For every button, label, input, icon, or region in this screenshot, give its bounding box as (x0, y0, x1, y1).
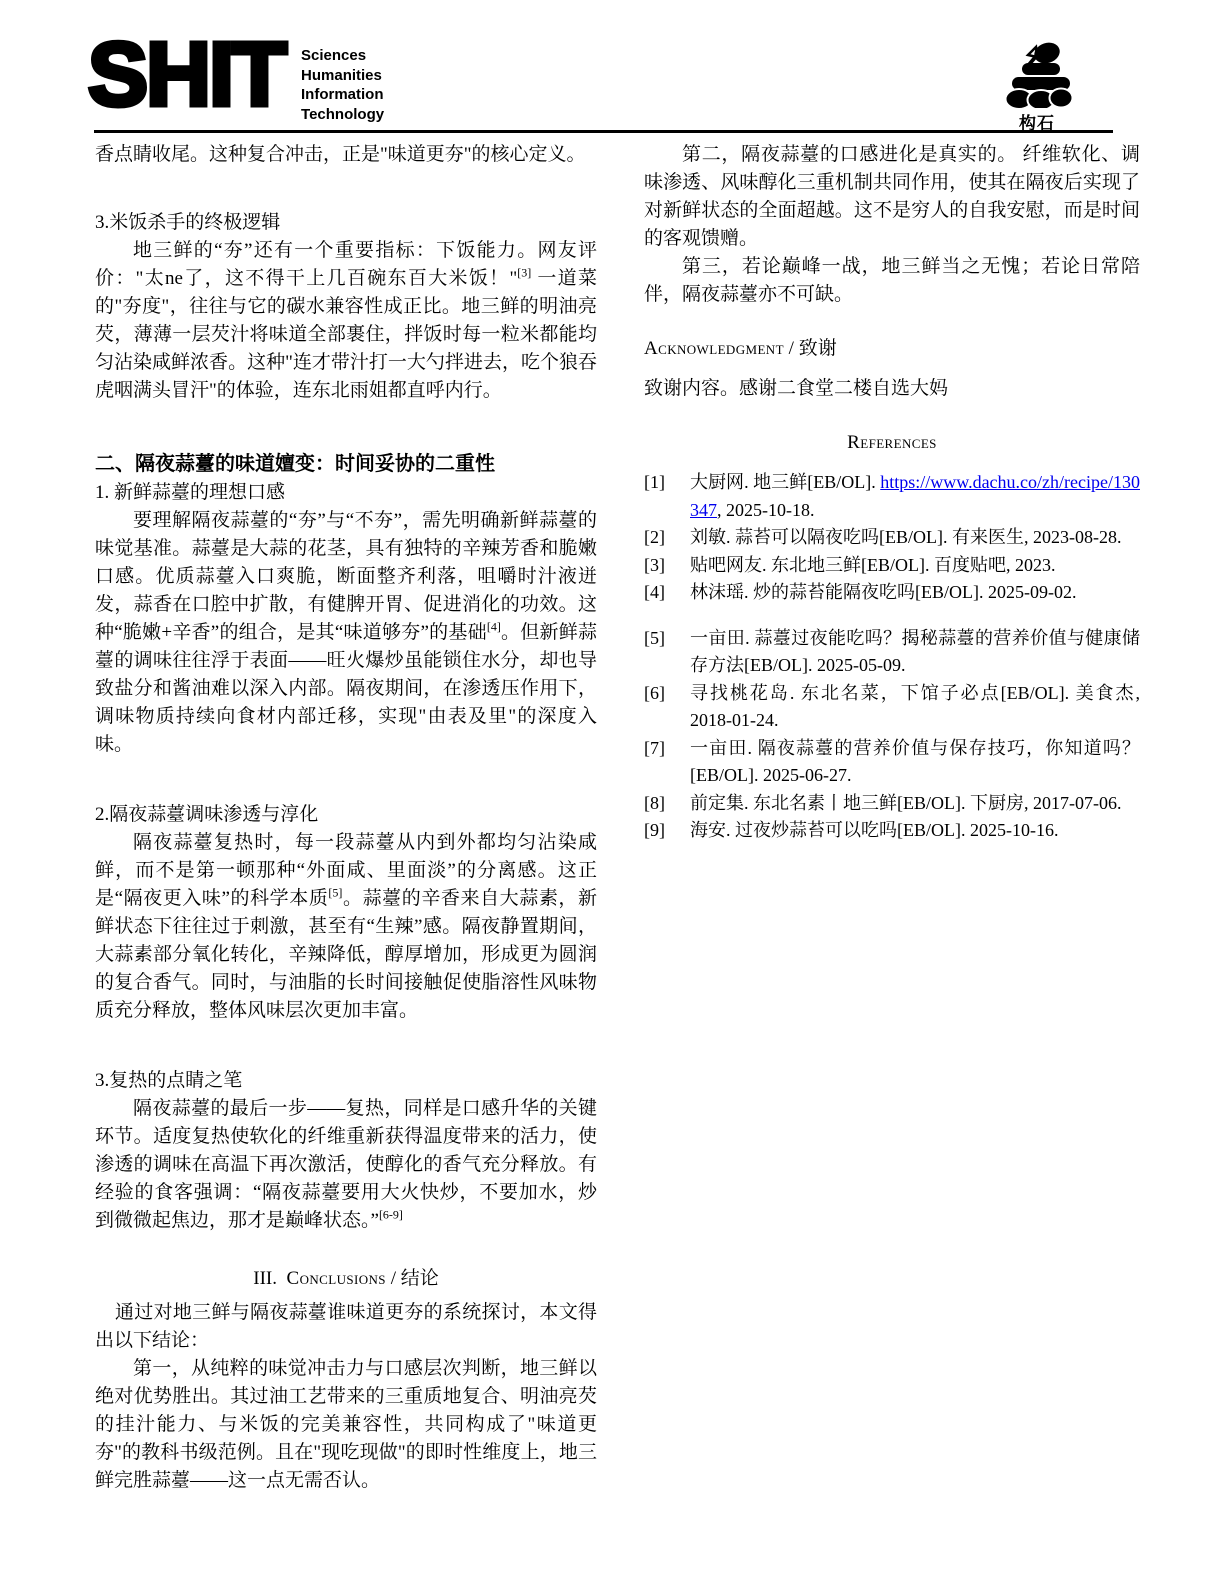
tagline-line: Sciences (301, 46, 384, 66)
paragraph-soak: 隔夜蒜薹复热时，每一段蒜薹从内到外都均匀沾染咸鲜，而不是第一顿那种“外面咸、里面… (95, 829, 597, 1025)
journal-logo: SHIT (88, 36, 285, 114)
subsection-heading-rice: 3.米饭杀手的终极逻辑 (95, 209, 597, 237)
subsection-heading-reheat: 3.复热的点睛之笔 (95, 1067, 597, 1095)
reference-text: 大厨网. 地三鲜[EB/OL]. https://www.dachu.co/zh… (690, 469, 1140, 524)
reference-number: [3] (644, 552, 690, 580)
right-column: 第二，隔夜蒜薹的口感进化是真实的。 纤维软化、调味渗透、风味醇化三重机制共同作用… (644, 141, 1140, 1495)
reference-item: [6]寻找桃花岛. 东北名菜，下馆子必点[EB/OL]. 美食杰, 2018-0… (644, 680, 1140, 735)
tagline-line: Humanities (301, 66, 384, 86)
article-body: 香点睛收尾。这种复合冲击，正是"味道更夯"的核心定义。 3.米饭杀手的终极逻辑 … (95, 141, 1140, 1495)
acknowledgment-suffix: / 致谢 (784, 338, 837, 359)
conclusions-roman: III. (253, 1268, 277, 1289)
citation-superscript: [4] (487, 620, 501, 634)
reference-item: [4]林沫瑶. 炒的蒜苔能隔夜吃吗[EB/OL]. 2025-09-02. (644, 579, 1140, 607)
reference-text: 前定集. 东北名素丨地三鲜[EB/OL]. 下厨房, 2017-07-06. (690, 790, 1140, 818)
references-heading: References (644, 429, 1140, 457)
rock-pile-icon (983, 38, 1091, 108)
conclusions-title: Conclusions (287, 1268, 386, 1289)
left-column: 香点睛收尾。这种复合冲击，正是"味道更夯"的核心定义。 3.米饭杀手的终极逻辑 … (95, 141, 597, 1495)
reference-text: 贴吧网友. 东北地三鲜[EB/OL]. 百度贴吧, 2023. (690, 552, 1140, 580)
reference-item: [5]一亩田. 蒜薹过夜能吃吗？揭秘蒜薹的营养价值与健康储存方法[EB/OL].… (644, 625, 1140, 680)
acknowledgment-heading: Acknowledgment / 致谢 (644, 335, 1140, 363)
reference-item: [8]前定集. 东北名素丨地三鲜[EB/OL]. 下厨房, 2017-07-06… (644, 790, 1140, 818)
paragraph-intro-continuation: 香点睛收尾。这种复合冲击，正是"味道更夯"的核心定义。 (95, 141, 597, 169)
subsection-heading-soak: 2.隔夜蒜薹调味渗透与淳化 (95, 801, 597, 829)
paragraph-rice: 地三鲜的“夯”还有一个重要指标：下饭能力。网友评价："太ne了，这不得干上几百碗… (95, 237, 597, 405)
reference-text: 一亩田. 隔夜蒜薹的营养价值与保存技巧，你知道吗？[EB/OL]. 2025-0… (690, 735, 1140, 790)
journal-tagline: Sciences Humanities Information Technolo… (301, 36, 384, 124)
section-heading-2: 二、隔夜蒜薹的味道嬗变：时间妥协的二重性 (95, 449, 597, 479)
references-list: [1]大厨网. 地三鲜[EB/OL]. https://www.dachu.co… (644, 469, 1140, 845)
reference-number: [6] (644, 680, 690, 735)
publisher-mark: 构石 (983, 38, 1091, 134)
citation-superscript: [6-9] (379, 1208, 403, 1222)
reference-text: 一亩田. 蒜薹过夜能吃吗？揭秘蒜薹的营养价值与健康储存方法[EB/OL]. 20… (690, 625, 1140, 680)
reference-item: [9]海安. 过夜炒蒜苔可以吃吗[EB/OL]. 2025-10-16. (644, 817, 1140, 845)
references-title: References (847, 432, 937, 453)
header-divider (94, 130, 1113, 133)
reference-number: [4] (644, 579, 690, 607)
reference-text: 刘敏. 蒜苔可以隔夜吃吗[EB/OL]. 有来医生, 2023-08-28. (690, 524, 1140, 552)
citation-superscript: [5] (328, 886, 342, 900)
reference-number: [7] (644, 735, 690, 790)
tagline-line: Information (301, 85, 384, 105)
paragraph-conclusion-3: 第二，隔夜蒜薹的口感进化是真实的。 纤维软化、调味渗透、风味醇化三重机制共同作用… (644, 141, 1140, 253)
reference-number: [8] (644, 790, 690, 818)
tagline-line: Technology (301, 105, 384, 125)
journal-brand: SHIT Sciences Humanities Information Tec… (88, 36, 384, 124)
acknowledgment-text: 致谢内容。感谢二食堂二楼自选大妈 (644, 375, 1140, 403)
citation-superscript: [3] (517, 266, 531, 280)
reference-link[interactable]: https://www.dachu.co/zh/recipe/130347 (690, 472, 1140, 520)
paragraph-conclusion-4: 第三，若论巅峰一战，地三鲜当之无愧；若论日常陪伴，隔夜蒜薹亦不可缺。 (644, 253, 1140, 309)
reference-item: [2]刘敏. 蒜苔可以隔夜吃吗[EB/OL]. 有来医生, 2023-08-28… (644, 524, 1140, 552)
reference-item: [3]贴吧网友. 东北地三鲜[EB/OL]. 百度贴吧, 2023. (644, 552, 1140, 580)
reference-number: [9] (644, 817, 690, 845)
subsection-heading-fresh: 1. 新鲜蒜薹的理想口感 (95, 479, 597, 507)
reference-item: [1]大厨网. 地三鲜[EB/OL]. https://www.dachu.co… (644, 469, 1140, 524)
paragraph-fresh: 要理解隔夜蒜薹的“夯”与“不夯”，需先明确新鲜蒜薹的味觉基准。蒜薹是大蒜的花茎，… (95, 507, 597, 759)
reference-number: [5] (644, 625, 690, 680)
paragraph-conclusion-1: 通过对地三鲜与隔夜蒜薹谁味道更夯的系统探讨，本文得出以下结论： (95, 1299, 597, 1355)
reference-text: 林沫瑶. 炒的蒜苔能隔夜吃吗[EB/OL]. 2025-09-02. (690, 579, 1140, 607)
reference-number: [1] (644, 469, 690, 524)
paper-page: SHIT Sciences Humanities Information Tec… (0, 0, 1224, 1584)
reference-number: [2] (644, 524, 690, 552)
paragraph-reheat: 隔夜蒜薹的最后一步——复热，同样是口感升华的关键环节。适度复热使软化的纤维重新获… (95, 1095, 597, 1235)
reference-text: 寻找桃花岛. 东北名菜，下馆子必点[EB/OL]. 美食杰, 2018-01-2… (690, 680, 1140, 735)
conclusions-heading: III. Conclusions / 结论 (95, 1265, 597, 1293)
conclusions-suffix: / 结论 (386, 1268, 439, 1289)
acknowledgment-title: Acknowledgment (644, 338, 784, 359)
reference-item: [7]一亩田. 隔夜蒜薹的营养价值与保存技巧，你知道吗？[EB/OL]. 202… (644, 735, 1140, 790)
paragraph-conclusion-2: 第一，从纯粹的味觉冲击力与口感层次判断，地三鲜以绝对优势胜出。其过油工艺带来的三… (95, 1355, 597, 1495)
reference-text: 海安. 过夜炒蒜苔可以吃吗[EB/OL]. 2025-10-16. (690, 817, 1140, 845)
